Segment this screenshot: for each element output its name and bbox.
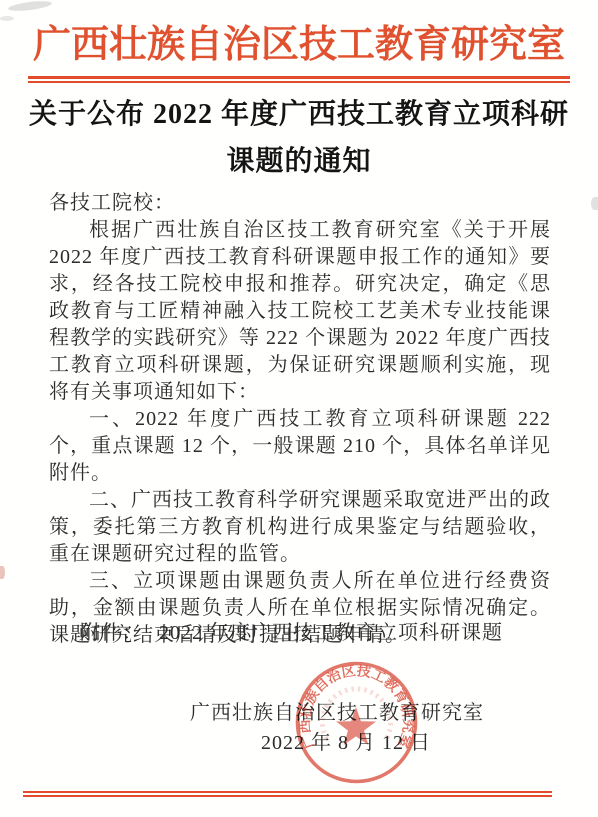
footer-divider-rule	[23, 791, 552, 797]
letterhead-divider-rule	[28, 76, 570, 83]
scan-smudge	[8, 0, 53, 13]
attachment-label: 附件：	[80, 622, 143, 644]
document-title-line1: 关于公布 2022 年度广西技工教育立项科研	[0, 91, 598, 138]
salutation: 各技工院校：	[49, 190, 551, 217]
seal-arc-text: 广西壮族自治区技工教育研究室	[297, 662, 417, 751]
official-red-seal: 广西壮族自治区技工教育研究室	[293, 660, 421, 788]
document-title: 关于公布 2022 年度广西技工教育立项科研 课题的通知	[0, 91, 598, 185]
body-paragraph: 根据广西壮族自治区技工教育研究室《关于开展 2022 年度广西技工教育科研课题申…	[49, 217, 551, 406]
letterhead-org-title: 广西壮族自治区技工教育研究室	[33, 22, 565, 70]
scan-smudge	[591, 197, 598, 210]
scan-smudge	[0, 566, 5, 579]
seal-star-icon	[336, 707, 376, 745]
body-paragraph-item1: 一、2022 年度广西技工教育立项科研课题 222 个，重点课题 12 个，一般…	[49, 406, 551, 487]
scan-smudge	[0, 16, 14, 21]
scanned-notice-page: 广西壮族自治区技工教育研究室 关于公布 2022 年度广西技工教育立项科研 课题…	[0, 0, 598, 817]
document-title-line2: 课题的通知	[0, 138, 598, 185]
attachment-line: 附件：2022 年度广西技工教育立项科研课题	[80, 620, 503, 647]
body-paragraph-item2: 二、广西技工教育科学研究课题采取宽进严出的政策，委托第三方教育机构进行成果鉴定与…	[49, 487, 551, 568]
attachment-text: 2022 年度广西技工教育立项科研课题	[159, 622, 503, 644]
notice-body: 各技工院校： 根据广西壮族自治区技工教育研究室《关于开展 2022 年度广西技工…	[49, 190, 551, 649]
